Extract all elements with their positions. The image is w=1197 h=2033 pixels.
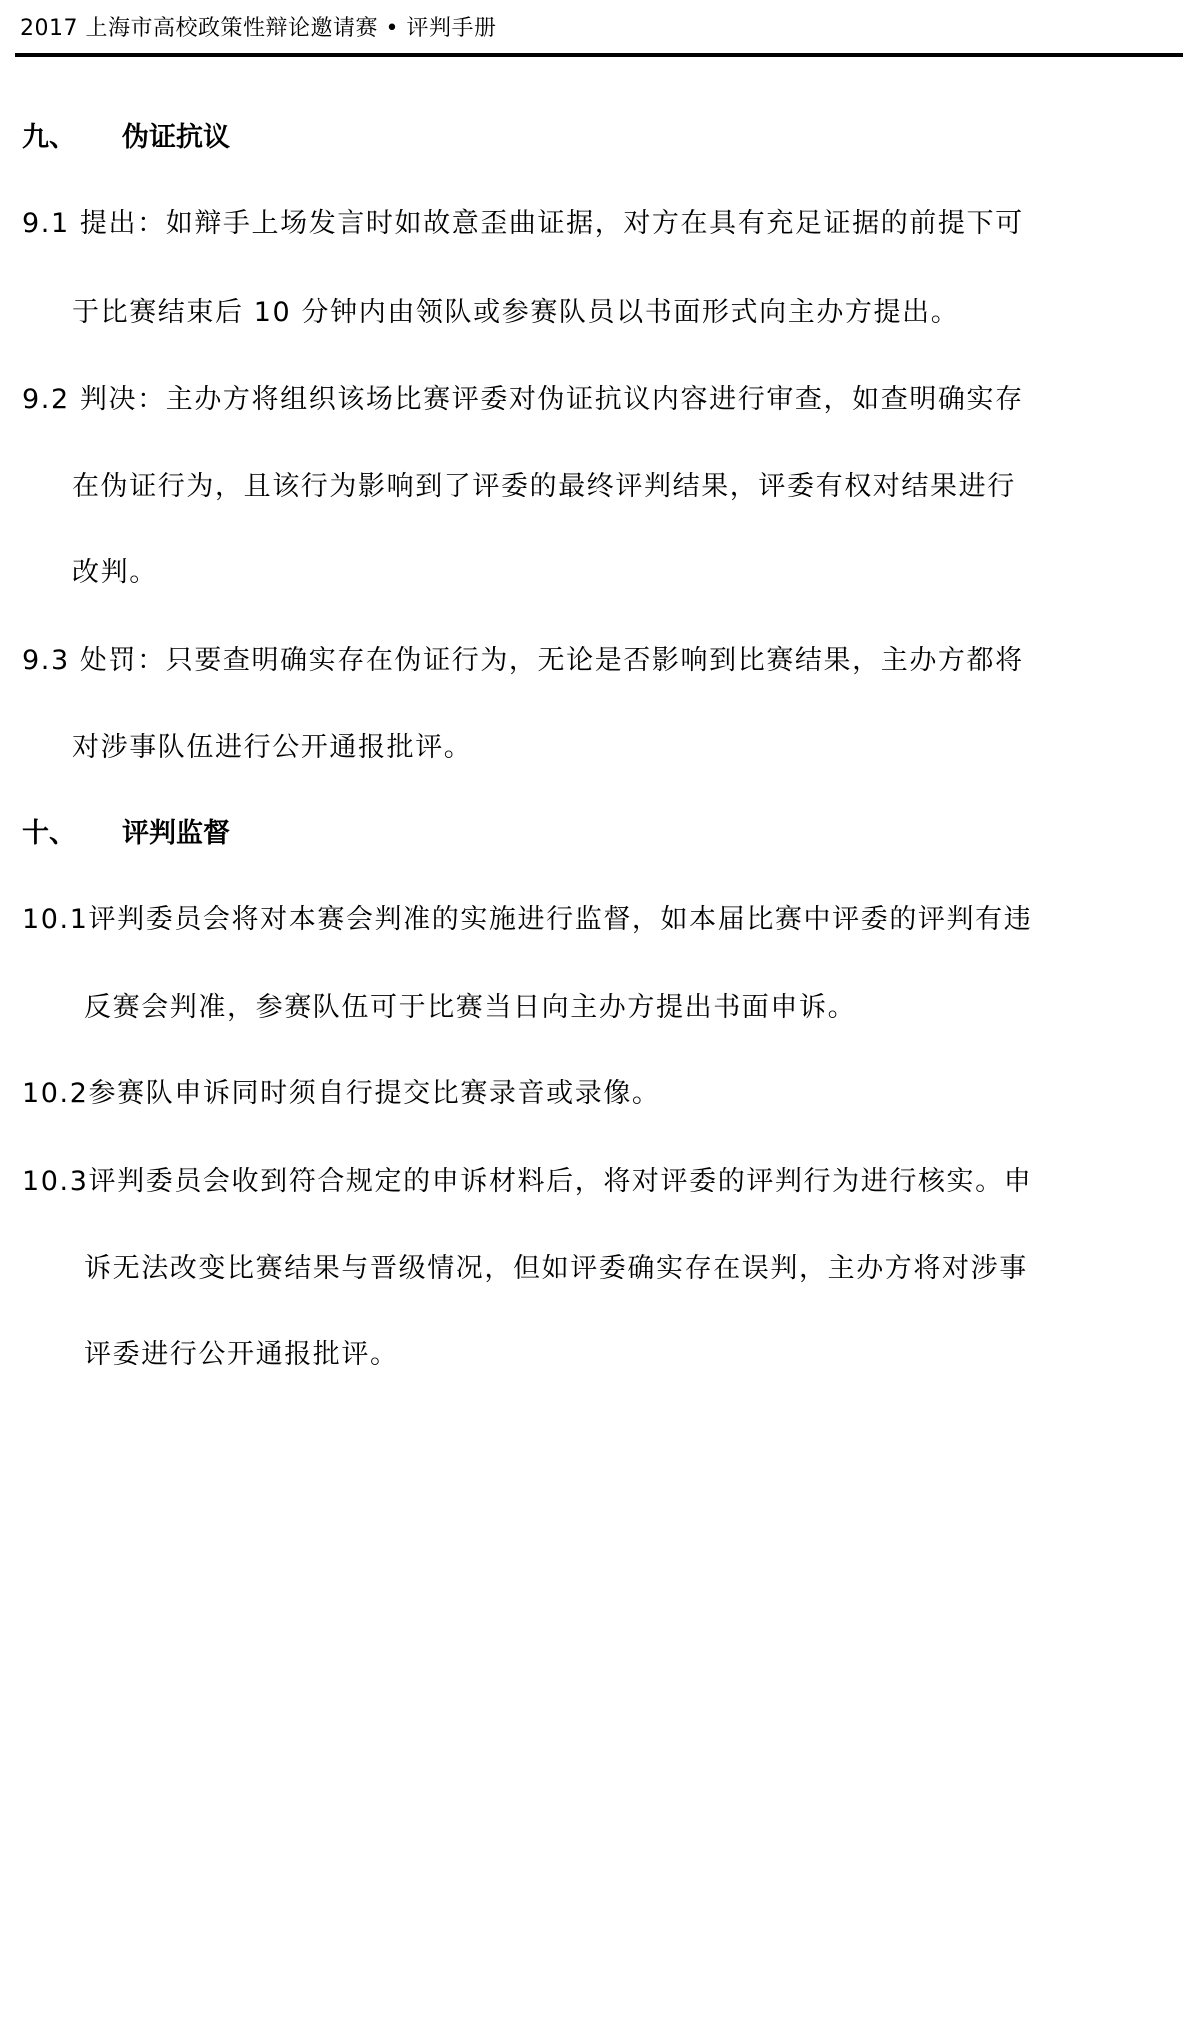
- paragraph-line: 于比赛结束后 10 分钟内由领队或参赛队员以书面形式向主办方提出。: [72, 293, 959, 333]
- paragraph-line: 10.1评判委员会将对本赛会判准的实施进行监督，如本届比赛中评委的评判有违: [22, 900, 1032, 940]
- paragraph-line: 评委进行公开通报批评。: [84, 1335, 399, 1375]
- section-number: 十、: [22, 814, 122, 854]
- section-title: 伪证抗议: [122, 122, 230, 153]
- section-number: 九、: [22, 118, 122, 158]
- page-header-title: 2017 上海市高校政策性辩论邀请赛 • 评判手册: [20, 14, 496, 44]
- section-title: 评判监督: [122, 818, 230, 849]
- paragraph-line: 9.3 处罚：只要查明确实存在伪证行为，无论是否影响到比赛结果，主办方都将: [22, 641, 1024, 681]
- paragraph-line: 9.1 提出：如辩手上场发言时如故意歪曲证据，对方在具有充足证据的前提下可: [22, 204, 1024, 244]
- section-heading-9: 九、伪证抗议: [22, 118, 230, 158]
- paragraph-line: 在伪证行为，且该行为影响到了评委的最终评判结果，评委有权对结果进行: [72, 467, 1016, 507]
- paragraph-line: 诉无法改变比赛结果与晋级情况，但如评委确实存在误判，主办方将对涉事: [84, 1249, 1028, 1289]
- paragraph-line: 9.2 判决：主办方将组织该场比赛评委对伪证抗议内容进行审查，如查明确实存: [22, 380, 1024, 420]
- paragraph-line: 10.2参赛队申诉同时须自行提交比赛录音或录像。: [22, 1074, 661, 1114]
- section-heading-10: 十、评判监督: [22, 814, 230, 854]
- paragraph-line: 10.3评判委员会收到符合规定的申诉材料后，将对评委的评判行为进行核实。申: [22, 1162, 1032, 1202]
- paragraph-line: 对涉事队伍进行公开通报批评。: [72, 728, 472, 768]
- paragraph-line: 反赛会判准，参赛队伍可于比赛当日向主办方提出书面申诉。: [84, 988, 856, 1028]
- header-divider: [15, 53, 1183, 57]
- paragraph-line: 改判。: [72, 553, 158, 593]
